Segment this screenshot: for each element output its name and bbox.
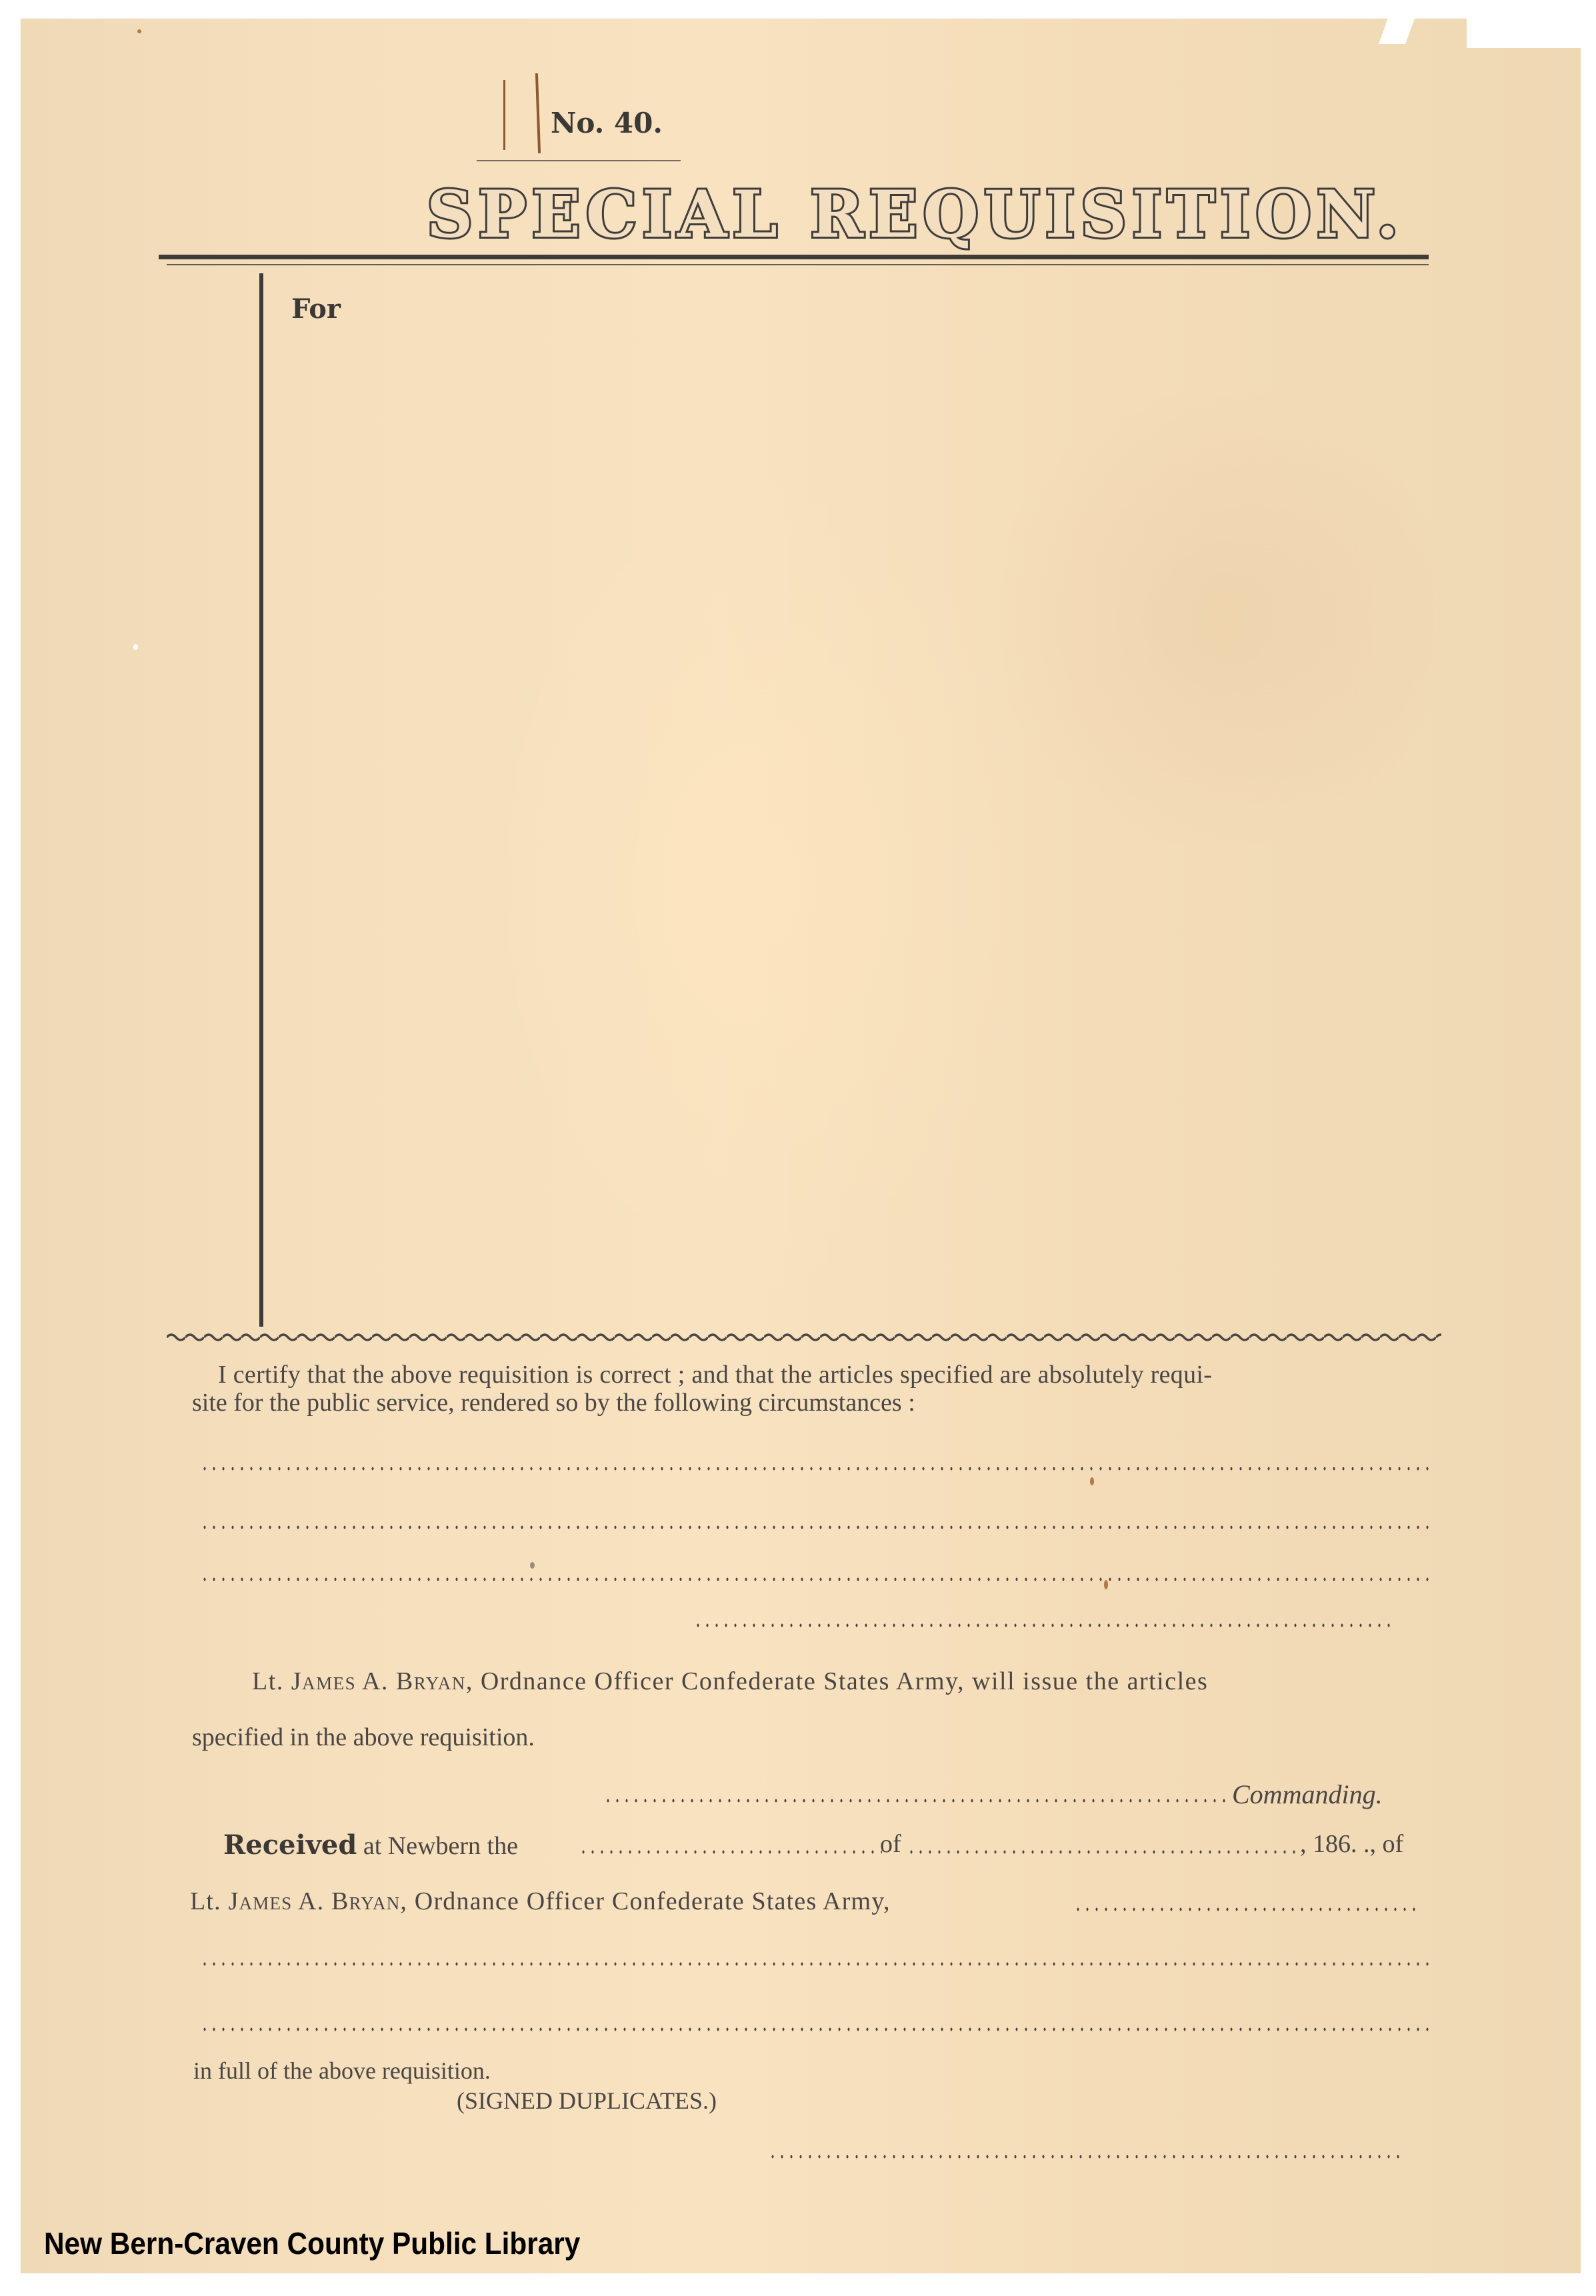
circumstances-line-4[interactable] xyxy=(693,1623,1397,1628)
library-watermark: New Bern-Craven County Public Library xyxy=(44,2225,580,2261)
page-title: SPECIAL REQUISITION. xyxy=(427,177,1404,252)
certify-text-line-2: site for the public service, rendered so… xyxy=(192,1388,915,1417)
circumstances-line-1[interactable] xyxy=(200,1466,1430,1471)
issue-prefix: Lt. xyxy=(252,1667,291,1695)
signed-duplicates-label: (SIGNED DUPLICATES.) xyxy=(457,2087,717,2115)
certify-text-line-1: I certify that the above requisition is … xyxy=(218,1360,1212,1389)
issue-officer-name: James A. Bryan xyxy=(291,1667,466,1695)
commanding-label: Commanding. xyxy=(1232,1779,1383,1810)
ink-spot xyxy=(530,1562,535,1569)
received-line: Received at Newbern the xyxy=(223,1829,518,1861)
commanding-signature-line[interactable] xyxy=(603,1798,1227,1803)
vertical-margin-rule xyxy=(259,273,263,1327)
issue-instruction-line-2: specified in the above requisition. xyxy=(192,1723,535,1752)
received-label: Received xyxy=(223,1829,357,1861)
received-officer-prefix: Lt. xyxy=(190,1887,229,1915)
issue-suffix: , Ordnance Officer Confederate States Ar… xyxy=(466,1667,1209,1695)
ink-spot xyxy=(137,29,141,33)
received-month-field[interactable] xyxy=(907,1849,1300,1855)
received-day-field[interactable] xyxy=(579,1849,882,1855)
ink-spot xyxy=(133,644,138,650)
title-rule-thin xyxy=(167,264,1429,265)
rust-spot xyxy=(1090,1477,1094,1485)
issue-instruction-line-1: Lt. James A. Bryan, Ordnance Officer Con… xyxy=(252,1667,1208,1696)
circumstances-line-3[interactable] xyxy=(200,1577,1430,1582)
wavy-divider xyxy=(167,1331,1441,1344)
received-items-line-1[interactable] xyxy=(200,1961,1430,1967)
circumstances-line-2[interactable] xyxy=(200,1525,1430,1530)
torn-edge xyxy=(1467,0,1596,48)
received-officer-name: James A. Bryan xyxy=(229,1887,401,1915)
in-full-text: in full of the above requisition. xyxy=(193,2057,491,2085)
received-officer-suffix: , Ordnance Officer Confederate States Ar… xyxy=(400,1887,890,1915)
torn-edge xyxy=(1581,0,1596,2296)
torn-edge xyxy=(0,2273,1596,2296)
received-items-line-2[interactable] xyxy=(200,2027,1430,2032)
received-officer-line: Lt. James A. Bryan, Ordnance Officer Con… xyxy=(190,1887,891,1916)
received-of-label: of xyxy=(880,1829,901,1859)
received-officer-field[interactable] xyxy=(1073,1907,1420,1912)
rust-spot xyxy=(1104,1580,1108,1589)
for-label: For xyxy=(291,293,341,325)
final-signature-line[interactable] xyxy=(768,2154,1405,2159)
number-underline xyxy=(477,160,681,161)
received-year: , 186. ., of xyxy=(1300,1829,1403,1859)
received-location: at Newbern the xyxy=(357,1832,518,1860)
ink-stroke-mark xyxy=(503,80,505,150)
form-number: No. 40. xyxy=(551,107,663,139)
document-paper xyxy=(21,19,1581,2273)
title-rule-thick xyxy=(159,255,1429,259)
